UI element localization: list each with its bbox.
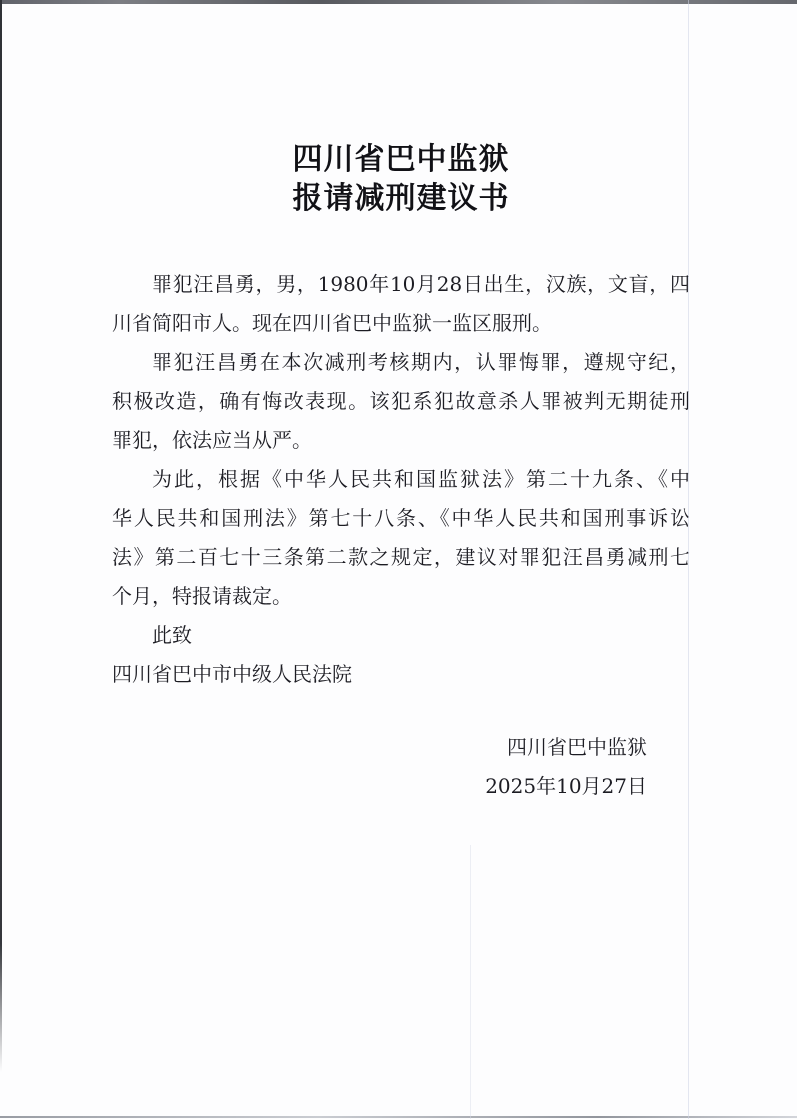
paragraph-assessment: 罪犯汪昌勇在本次减刑考核期内，认罪悔罪，遵规守纪， 积极改造，确有悔改表现。该犯… [112,343,690,460]
paragraph-line: 罪犯汪昌勇在本次减刑考核期内，认罪悔罪，遵规守纪， [112,343,690,382]
paragraph-line: 华人民共和国刑法》第七十八条、《中华人民共和国刑事诉讼 [112,499,690,538]
addressee-court: 四川省巴中市中级人民法院 [112,655,690,694]
signature-block: 四川省巴中监狱 2025年10月27日 [0,728,647,806]
paper-fold-line-lower [470,845,471,1119]
closing-block: 此致 四川省巴中市中级人民法院 [112,616,690,694]
paragraph-line: 罪犯，依法应当从严。 [112,421,690,460]
document-body: 罪犯汪昌勇，男，1980年10月28日出生，汉族，文盲，四 川省简阳市人。现在四… [112,265,690,694]
scan-top-edge-artifact [0,0,797,4]
paragraph-line: 川省简阳市人。现在四川省巴中监狱一监区服刑。 [112,304,690,343]
paragraph-line: 罪犯汪昌勇，男，1980年10月28日出生，汉族，文盲，四 [112,265,690,304]
paragraph-line: 个月，特报请裁定。 [112,577,690,616]
scan-bottom-edge-artifact [0,1116,797,1118]
signature-date: 2025年10月27日 [0,767,647,806]
closing-salutation: 此致 [112,616,690,655]
paragraph-legal-basis: 为此，根据《中华人民共和国监狱法》第二十九条、《中 华人民共和国刑法》第七十八条… [112,460,690,616]
title-organization-line: 四川省巴中监狱 [112,140,690,179]
paper-fold-line-right [688,0,689,1119]
scan-left-edge-artifact [0,0,2,1072]
title-doctype-line: 报请减刑建议书 [112,179,690,218]
paragraph-offender-info: 罪犯汪昌勇，男，1980年10月28日出生，汉族，文盲，四 川省简阳市人。现在四… [112,265,690,343]
paragraph-line: 为此，根据《中华人民共和国监狱法》第二十九条、《中 [112,460,690,499]
scanned-document-page: 四川省巴中监狱 报请减刑建议书 罪犯汪昌勇，男，1980年10月28日出生，汉族… [0,0,797,1119]
signature-organization: 四川省巴中监狱 [0,728,647,767]
paragraph-line: 积极改造，确有悔改表现。该犯系犯故意杀人罪被判无期徒刑 [112,382,690,421]
document-title: 四川省巴中监狱 报请减刑建议书 [112,0,690,218]
paragraph-line: 法》第二百七十三条第二款之规定，建议对罪犯汪昌勇减刑七 [112,538,690,577]
